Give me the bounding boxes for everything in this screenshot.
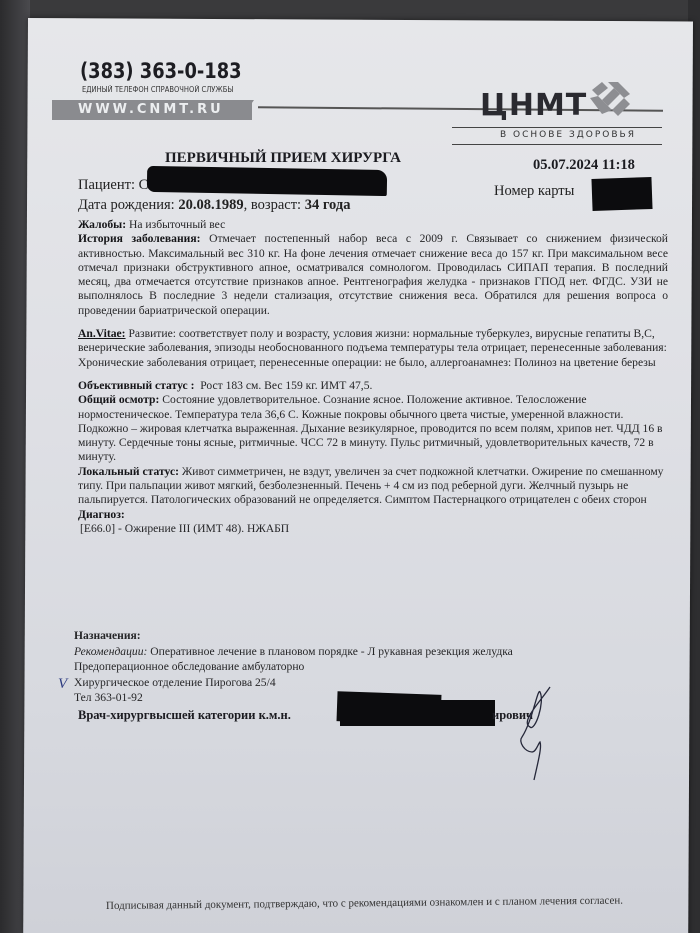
diagnosis-label: Диагноз: xyxy=(78,508,125,521)
patient-label: Пациент: xyxy=(78,177,135,193)
objective-text: Рост 183 см. Вес 159 кг. ИМТ 47,5. xyxy=(200,379,372,392)
redacted-doctor-name-2 xyxy=(340,700,495,726)
clinic-website: WWW.CNMT.RU xyxy=(78,102,224,117)
slogan-line-top xyxy=(452,127,662,128)
doctor-title: Врач-хирургвысшей категории к.м.н. xyxy=(78,708,291,722)
doctor-signature-line: Врач-хирургвысшей категории к.м.н. xyxy=(78,708,291,723)
complaints-label: Жалобы: xyxy=(78,218,126,231)
clinic-phone-caption: ЕДИНЫЙ ТЕЛЕФОН СПРАВОЧНОЙ СЛУЖБЫ xyxy=(82,85,233,94)
slogan-line-bottom xyxy=(452,144,662,145)
document-title: ПЕРВИЧНЫЙ ПРИЕМ ХИРУРГА xyxy=(165,150,401,167)
age-value: 34 года xyxy=(305,197,351,213)
objective-label: Объективный статус : xyxy=(78,379,194,392)
dob-field: Дата рождения: 20.08.1989, возраст: 34 г… xyxy=(78,197,350,214)
clinic-slogan: В ОСНОВЕ ЗДОРОВЬЯ xyxy=(500,130,636,140)
card-number-label: Номер карты xyxy=(494,183,574,199)
patient-field: Пациент: С xyxy=(78,177,148,194)
history-label: История заболевания: xyxy=(78,232,200,245)
handwritten-signature-icon xyxy=(510,682,570,782)
redacted-card-number xyxy=(591,177,652,211)
general-exam-text: Состояние удовлетворительное. Сознание я… xyxy=(78,393,663,463)
recommendations-label: Рекомендации: xyxy=(74,645,147,658)
preop-exam-line: Предоперационное обследование амбулаторн… xyxy=(74,659,513,675)
local-status-label: Локальный статус: xyxy=(78,465,179,478)
department-line: Хирургическое отделение Пирогова 25/4 xyxy=(74,675,513,691)
dob-label: Дата рождения: xyxy=(78,197,175,213)
card-number-field: Номер карты xyxy=(494,183,574,200)
prescriptions-label: Назначения: xyxy=(74,629,141,642)
age-label: , возраст: xyxy=(244,197,301,213)
clinic-logo-icon xyxy=(588,82,630,118)
handwritten-check-mark: V xyxy=(58,676,67,693)
clinic-logo-text: ЦНМТ xyxy=(480,88,587,123)
vitae-label: An.Vitae: xyxy=(78,327,126,340)
prescriptions-block: Назначения: Рекомендации: Оперативное ле… xyxy=(74,628,513,706)
visit-datetime: 05.07.2024 11:18 xyxy=(533,157,635,174)
website-bar-edge xyxy=(240,100,254,120)
redacted-patient-name xyxy=(147,166,387,196)
complaints-text: На избыточный вес xyxy=(129,218,225,231)
diagnosis-text: [E66.0] - Ожирение III (ИМТ 48). НЖАБП xyxy=(78,522,668,536)
recommendations-text: Оперативное лечение в плановом порядке -… xyxy=(150,645,513,658)
exam-body: Жалобы: На избыточный вес История заболе… xyxy=(78,218,668,536)
vitae-text: Развитие: соответствует полу и возрасту,… xyxy=(78,327,667,369)
dob-value: 20.08.1989 xyxy=(178,197,243,213)
general-exam-label: Общий осмотр: xyxy=(78,393,159,406)
clinic-phone: (383) 363-0-183 xyxy=(80,59,242,83)
